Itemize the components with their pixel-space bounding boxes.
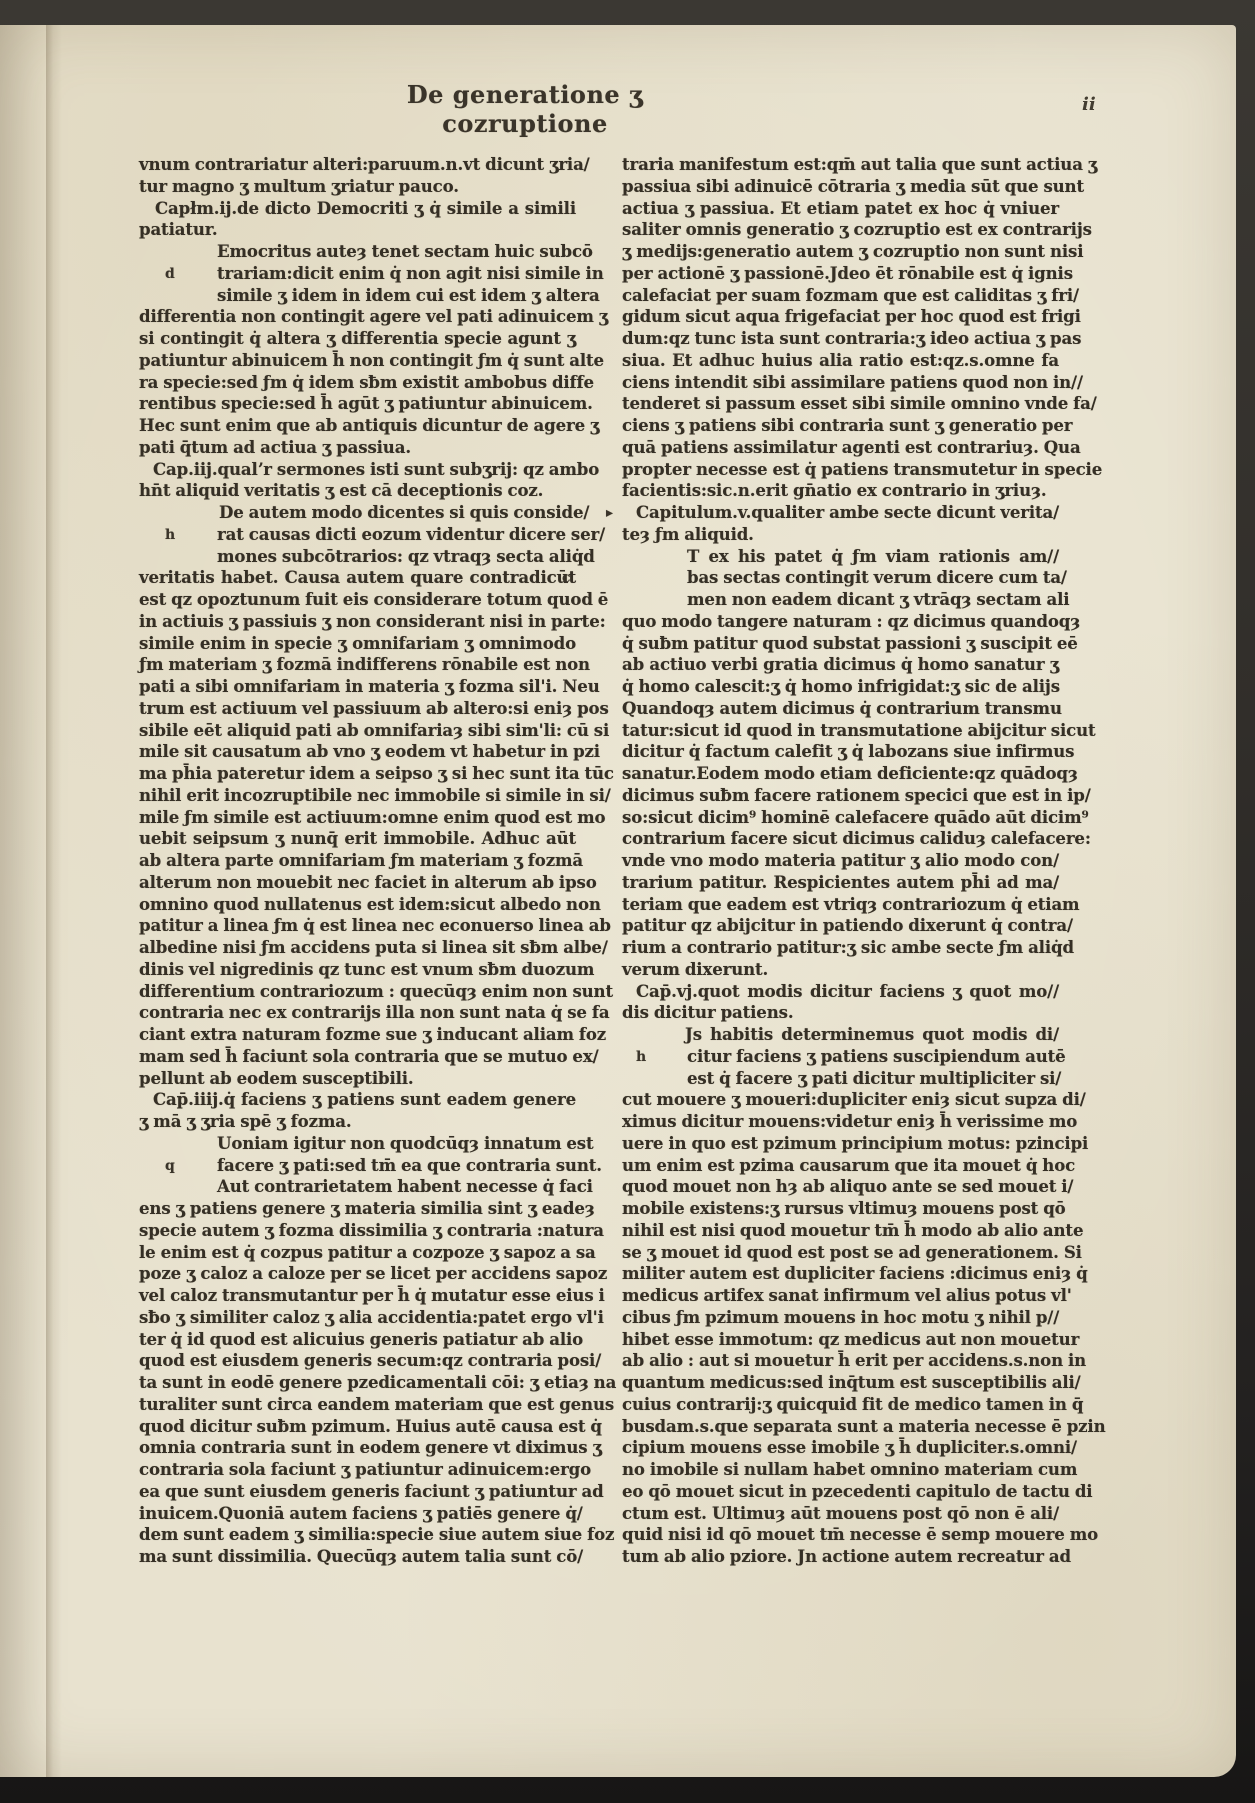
text-line-content: ciens intendit sibi assimilare patiens q…: [622, 372, 1083, 392]
text-line: Capitulum.v.qualiter ambe secte dicunt v…: [622, 502, 1059, 524]
text-line: dis dicitur patiens.: [622, 1002, 1059, 1024]
text-line: q̇ homo calescit:ʒ q̇ homo infrigidat:ʒ …: [622, 676, 1059, 698]
text-line: passiua sibi adinuicē cōtraria ʒ media s…: [622, 176, 1059, 198]
text-line: alterum non mouebit nec faciet in alteru…: [139, 872, 576, 894]
text-line: simile enim in specie ʒ omnifariam ʒ omn…: [139, 633, 576, 655]
text-line: so:sicut dicim⁹ hominē calefacere quādo …: [622, 807, 1059, 829]
text-line: T ex his patet q̇ ƒm viam rationis am//: [622, 546, 1059, 568]
text-line-content: Hec sunt enim que ab antiquis dicuntur d…: [139, 415, 599, 435]
text-line: quid nisi id qō mouet tm̄ necesse ē semp…: [622, 1524, 1059, 1546]
text-line: quod mouet non hȝ ab aliquo ante se sed …: [622, 1176, 1059, 1198]
text-line: contraria sola faciunt ʒ patiuntur adinu…: [139, 1459, 576, 1481]
text-line-content: Cap.iij.qualʼr sermones isti sunt subʒri…: [153, 459, 599, 479]
text-line: mile sit causatum ab vno ʒ eodem vt habe…: [139, 741, 576, 763]
text-line: dicimus suƀm facere rationem specici que…: [622, 785, 1059, 807]
text-line-content: Aut contrarietatem habent necesse q̇ fac…: [217, 1176, 593, 1196]
text-line-content: dicitur q̇ factum calefit ʒ q̇ labozans …: [622, 741, 1074, 761]
text-line: poze ʒ caloz a caloze per se licet per a…: [139, 1263, 576, 1285]
text-line-content: teriam que eadem est vtriqȝ contrariozum…: [622, 894, 1079, 914]
text-line: actiua ʒ passiua. Et etiam patet ex hoc …: [622, 198, 1059, 220]
text-line: traria manifestum est:qm̄ aut talia que …: [622, 154, 1059, 176]
text-line: quo modo tangere naturam : qz dicimus qu…: [622, 611, 1059, 633]
text-line-content: ens ʒ patiens genere ʒ materia similia s…: [139, 1198, 595, 1218]
text-line-content: vnde vno modo materia patitur ʒ alio mod…: [622, 850, 1059, 870]
text-line: est qz opoztunum fuit eis considerare to…: [139, 589, 576, 611]
text-line: ab actiuo verbi gratia dicimus q̇ homo s…: [622, 654, 1059, 676]
text-line-content: hn̄t aliquid veritatis ʒ est cā deceptio…: [139, 480, 543, 500]
text-line-content: tum ab alio pziore. Jn actione autem rec…: [622, 1546, 1071, 1566]
text-line: tatur:sicut id quod in transmutatione ab…: [622, 720, 1059, 742]
text-line-content: contraria sola faciunt ʒ patiuntur adinu…: [139, 1459, 591, 1479]
text-line-content: mile sit causatum ab vno ʒ eodem vt habe…: [139, 741, 600, 761]
text-line: cipium mouens esse imobile ʒ h̄ duplicit…: [622, 1437, 1059, 1459]
text-line: propter necesse est q̇ patiens transmute…: [622, 459, 1059, 481]
text-line-content: mones subcōtrarios: qz vtraqȝ secta aliq…: [217, 546, 595, 566]
text-line-content: passiua sibi adinuicē cōtraria ʒ media s…: [622, 176, 1084, 196]
text-column-left: vnum contrariatur alteri:paruum.n.vt dic…: [139, 154, 576, 1568]
text-line-content: Capłm.ij.de dicto Democriti ʒ q̇ simile …: [155, 198, 576, 218]
text-line-content: eo qō mouet sicut in pzecedenti capitulo…: [622, 1481, 1092, 1501]
text-line: omnino quod nullatenus est idem:sicut al…: [139, 894, 576, 916]
text-line-content: quod dicitur suƀm pzimum. Huius autē cau…: [139, 1416, 602, 1436]
guide-letter: d: [165, 266, 175, 282]
text-line: mones subcōtrarios: qz vtraqȝ secta aliq…: [139, 546, 576, 568]
text-line: mobile existens:ʒ rursus vltimuȝ mouens …: [622, 1198, 1059, 1220]
text-line-content: Capitulum.v.qualiter ambe secte dicunt v…: [636, 502, 1059, 522]
text-line-content: patiuntur abinuicem h̄ non contingit ƒm …: [139, 350, 604, 370]
text-line-content: bas sectas contingit verum dicere cum ta…: [687, 567, 1067, 587]
text-line: ma ph̄ia pateretur idem a seipso ʒ si he…: [139, 763, 576, 785]
text-line: cut mouere ʒ moueri:dupliciter eniȝ sicu…: [622, 1089, 1059, 1111]
text-line-content: omnino quod nullatenus est idem:sicut al…: [139, 894, 601, 914]
text-line: ab alio : aut si mouetur h̄ erit per acc…: [622, 1350, 1059, 1372]
text-line-content: vnum contrariatur alteri:paruum.n.vt dic…: [139, 154, 590, 174]
text-line: ctum est. Ultimuȝ aūt mouens post qō non…: [622, 1503, 1059, 1525]
text-line-content: patitur a linea ƒm q̇ est linea nec econ…: [139, 915, 611, 935]
text-line: dicitur q̇ factum calefit ʒ q̇ labozans …: [622, 741, 1059, 763]
text-line-content: turaliter sunt circa eandem materiam que…: [139, 1394, 614, 1414]
text-line: mile ƒm simile est actiuum:omne enim quo…: [139, 807, 576, 829]
text-line: trarium patitur. Respicientes autem ph̄i…: [622, 872, 1059, 894]
text-line-content: est qz opoztunum fuit eis considerare to…: [139, 589, 608, 609]
text-line-content: sanatur.Eodem modo etiam deficiente:qz q…: [622, 763, 1078, 783]
text-line-content: trarium patitur. Respicientes autem ph̄i…: [622, 872, 1059, 892]
text-line: cuius contrarij:ʒ quicquid fit de medico…: [622, 1394, 1059, 1416]
text-line: Aut contrarietatem habent necesse q̇ fac…: [139, 1176, 576, 1198]
text-line-content: men non eadem dicant ʒ vtrāqȝ sectam ali: [687, 589, 1069, 609]
text-line-content: cipium mouens esse imobile ʒ h̄ duplicit…: [622, 1437, 1077, 1457]
text-line-content: traria manifestum est:qm̄ aut talia que …: [622, 154, 1097, 174]
text-line-content: tatur:sicut id quod in transmutatione ab…: [622, 720, 1096, 740]
text-line: quantum medicus:sed inq̄tum est suscepti…: [622, 1372, 1059, 1394]
text-line: omnia contraria sunt in eodem genere vt …: [139, 1437, 576, 1459]
text-line: uebit seipsum ʒ nunq̄ erit immobile. Adh…: [139, 828, 576, 850]
text-line-content: facientis:sic.n.erit gn̄atio ex contrari…: [622, 480, 1047, 500]
text-line: Hec sunt enim que ab antiquis dicuntur d…: [139, 415, 576, 437]
text-line-content: pellunt ab eodem susceptibili.: [139, 1068, 414, 1088]
text-line-content: rat causas dicti eozum videntur dicere s…: [217, 524, 605, 544]
text-line: pati q̄tum ad actiua ʒ passiua.: [139, 437, 576, 459]
text-line: dinis vel nigredinis qz tunc est vnum sƀ…: [139, 959, 576, 981]
text-line: ens ʒ patiens genere ʒ materia similia s…: [139, 1198, 576, 1220]
text-line: cibus ƒm pzimum mouens in hoc motu ʒ nih…: [622, 1307, 1059, 1329]
text-line-content: cuius contrarij:ʒ quicquid fit de medico…: [622, 1394, 1083, 1414]
text-line-content: quod est eiusdem generis secum:qz contra…: [139, 1350, 601, 1370]
text-line-content: Cap̄.vj.quot modis dicitur faciens ʒ quo…: [636, 981, 1059, 1001]
guide-letter: q: [165, 1158, 175, 1174]
text-line: citur faciens ʒ patiens suscipiendum aut…: [622, 1046, 1059, 1068]
text-line: rat causas dicti eozum videntur dicere s…: [139, 524, 576, 546]
text-line: le enim est q̇ cozpus patitur a cozpoze …: [139, 1242, 576, 1264]
text-line: inuicem.Quoniā autem faciens ʒ patiēs ge…: [139, 1503, 576, 1525]
text-line: facere ʒ pati:sed tm̄ ea que contraria s…: [139, 1155, 576, 1177]
text-line-content: patiatur.: [139, 219, 217, 239]
text-line: militer autem est dupliciter faciens :di…: [622, 1263, 1059, 1285]
guide-letter: c: [562, 570, 570, 586]
text-line-content: contraria nec ex contrarijs illa non sun…: [139, 1002, 609, 1022]
text-line-content: trariam:dicit enim q̇ non agit nisi simi…: [217, 263, 604, 283]
text-line-content: omnia contraria sunt in eodem genere vt …: [139, 1437, 602, 1457]
text-line: per actionē ʒ passionē.Jdeo ēt rōnabile …: [622, 263, 1059, 285]
text-line: ciant extra naturam fozme sue ʒ inducant…: [139, 1024, 576, 1046]
text-line: verum dixerunt.: [622, 959, 1059, 981]
text-line-content: in actiuis ʒ passiuis ʒ non considerant …: [139, 611, 606, 631]
text-line: Cap̄.iiij.q̇ faciens ʒ patiens sunt eade…: [139, 1089, 576, 1111]
text-line: mam sed h̄ faciunt sola contraria que se…: [139, 1046, 576, 1068]
text-line-content: differentium contrariozum : quecūqȝ enim…: [139, 981, 613, 1001]
text-line-content: actiua ʒ passiua. Et etiam patet ex hoc …: [622, 198, 1059, 218]
text-line-content: le enim est q̇ cozpus patitur a cozpoze …: [139, 1242, 596, 1262]
text-line: rium a contrario patitur:ʒ sic ambe sect…: [622, 937, 1059, 959]
text-line: calefaciat per suam fozmam que est calid…: [622, 285, 1059, 307]
text-line-content: ta sunt in eodē genere pzedicamentali cō…: [139, 1372, 616, 1392]
text-line-content: simile ʒ idem in idem cui est idem ʒ alt…: [217, 285, 600, 305]
page-gutter-shadow: [0, 25, 46, 1777]
text-line: est q̇ facere ʒ pati dicitur multiplicit…: [622, 1068, 1059, 1090]
text-line: um enim est pzima causarum que ita mouet…: [622, 1155, 1059, 1177]
text-line: pati a sibi omnifariam in materia ʒ fozm…: [139, 676, 576, 698]
text-line-content: ab altera parte omnifariam ƒm materiam ʒ…: [139, 850, 583, 870]
text-line: busdam.s.que separata sunt a materia nec…: [622, 1416, 1059, 1438]
text-line-content: ximus dicitur mouens:videtur eniȝ h̄ ver…: [622, 1111, 1077, 1131]
text-line: gidum sicut aqua frigefaciat per hoc quo…: [622, 306, 1059, 328]
text-line-content: quod mouet non hȝ ab aliquo ante se sed …: [622, 1176, 1073, 1196]
text-line: hibet esse immotum: qz medicus aut non m…: [622, 1329, 1059, 1351]
text-line: vel caloz transmutantur per h̄ q̇ mutatu…: [139, 1285, 576, 1307]
text-line: teriam que eadem est vtriqȝ contrariozum…: [622, 894, 1059, 916]
text-line-content: dum:qz tunc ista sunt contraria:ʒ ideo a…: [622, 328, 1081, 348]
text-line: simile ʒ idem in idem cui est idem ʒ alt…: [139, 285, 576, 307]
text-line: facientis:sic.n.erit gn̄atio ex contrari…: [622, 480, 1059, 502]
text-line-content: q̇ homo calescit:ʒ q̇ homo infrigidat:ʒ …: [622, 676, 1060, 696]
text-line-content: saliter omnis generatio ʒ cozruptio est …: [622, 219, 1092, 239]
text-line: ƒm materiam ʒ fozmā indifferens rōnabile…: [139, 654, 576, 676]
text-line-content: patitur qz abijcitur in patiendo dixerun…: [622, 915, 1073, 935]
guide-letter: h: [165, 527, 175, 543]
text-line: ra specie:sed ƒm q̇ idem sƀm existit amb…: [139, 372, 576, 394]
text-line-content: tenderet si passum esset sibi simile omn…: [622, 393, 1097, 413]
text-line-content: hibet esse immotum: qz medicus aut non m…: [622, 1329, 1079, 1349]
text-line: bas sectas contingit verum dicere cum ta…: [622, 567, 1059, 589]
text-line: pellunt ab eodem susceptibili.: [139, 1068, 576, 1090]
text-line: q̇ suƀm patitur quod substat passioni ʒ …: [622, 633, 1059, 655]
text-line-content: De autem modo dicentes si quis conside/: [219, 502, 589, 522]
text-line: quod est eiusdem generis secum:qz contra…: [139, 1350, 576, 1372]
text-line-content: vel caloz transmutantur per h̄ q̇ mutatu…: [139, 1285, 605, 1305]
text-line-content: ab alio : aut si mouetur h̄ erit per acc…: [622, 1350, 1086, 1370]
text-line: ma sunt dissimilia. Quecūqȝ autem talia …: [139, 1546, 576, 1568]
text-line: quā patiens assimilatur agenti est contr…: [622, 437, 1059, 459]
text-line-content: ma ph̄ia pateretur idem a seipso ʒ si he…: [139, 763, 614, 783]
text-line: ter q̇ id quod est alicuius generis pati…: [139, 1329, 576, 1351]
text-line: contrarium facere sicut dicimus caliduȝ …: [622, 828, 1059, 850]
text-line: vnum contrariatur alteri:paruum.n.vt dic…: [139, 154, 576, 176]
text-line: patitur a linea ƒm q̇ est linea nec econ…: [139, 915, 576, 937]
scanned-book-page: { "page": { "header_title": "De generati…: [0, 0, 1255, 1803]
text-line: sibile eēt aliquid pati ab omnifariaȝ si…: [139, 720, 576, 742]
text-line: teȝ ƒm aliquid.: [622, 524, 1059, 546]
text-line-content: dis dicitur patiens.: [622, 1002, 793, 1022]
text-line: se ʒ mouet id quod est post se ad genera…: [622, 1242, 1059, 1264]
text-line-content: dinis vel nigredinis qz tunc est vnum sƀ…: [139, 959, 594, 979]
running-header-title: De generatione ʒ cozruptione: [360, 80, 690, 138]
text-line-content: inuicem.Quoniā autem faciens ʒ patiēs ge…: [139, 1503, 583, 1523]
text-line-content: quā patiens assimilatur agenti est contr…: [622, 437, 1081, 457]
text-line-content: ctum est. Ultimuȝ aūt mouens post qō non…: [622, 1503, 1059, 1523]
text-line-content: no imobile si nullam habet omnino materi…: [622, 1459, 1077, 1479]
text-line-content: Quandoqȝ autem dicimus q̇ contrarium tra…: [622, 698, 1062, 718]
text-line-content: contrarium facere sicut dicimus caliduȝ …: [622, 828, 1091, 848]
text-line-content: per actionē ʒ passionē.Jdeo ēt rōnabile …: [622, 263, 1073, 283]
text-line-content: sƀo ʒ similiter caloz ʒ alia accidentia:…: [139, 1307, 604, 1327]
page-fold: [46, 25, 62, 1777]
text-line-content: ciant extra naturam fozme sue ʒ inducant…: [139, 1024, 606, 1044]
text-line-content: Uoniam igitur non quodcūqȝ innatum est: [217, 1133, 594, 1153]
text-line: patiuntur abinuicem h̄ non contingit ƒm …: [139, 350, 576, 372]
text-line-content: tur magno ʒ multum ʒriatur pauco.: [139, 176, 459, 196]
text-line-content: ab actiuo verbi gratia dicimus q̇ homo s…: [622, 654, 1059, 674]
text-line: veritatis habet. Causa autem quare contr…: [139, 567, 576, 589]
text-line-content: facere ʒ pati:sed tm̄ ea que contraria s…: [217, 1155, 602, 1175]
text-line: dem sunt eadem ʒ similia:specie siue aut…: [139, 1524, 576, 1546]
text-line: De autem modo dicentes si quis conside/: [139, 502, 576, 524]
text-line-content: uebit seipsum ʒ nunq̄ erit immobile. Adh…: [139, 828, 576, 848]
text-line-content: dicimus suƀm facere rationem specici que…: [622, 785, 1091, 805]
text-line-content: ciens ʒ patiens sibi contraria sunt ʒ ge…: [622, 415, 1072, 435]
text-line-content: simile enim in specie ʒ omnifariam ʒ omn…: [139, 633, 576, 653]
text-line: differentia non contingit agere vel pati…: [139, 306, 576, 328]
text-line: si contingit q̇ altera ʒ differentia spe…: [139, 328, 576, 350]
text-line-content: ter q̇ id quod est alicuius generis pati…: [139, 1329, 583, 1349]
text-line: quod dicitur suƀm pzimum. Huius autē cau…: [139, 1416, 576, 1438]
text-line-content: quantum medicus:sed inq̄tum est suscepti…: [622, 1372, 1081, 1392]
text-line-content: ʒ medijs:generatio autem ʒ cozruptio non…: [622, 241, 1083, 261]
text-line: contraria nec ex contrarijs illa non sun…: [139, 1002, 576, 1024]
text-line-content: rium a contrario patitur:ʒ sic ambe sect…: [622, 937, 1074, 957]
text-line-content: sibile eēt aliquid pati ab omnifariaȝ si…: [139, 720, 609, 740]
text-line-content: mam sed h̄ faciunt sola contraria que se…: [139, 1046, 598, 1066]
text-line-content: specie autem ʒ fozma dissimilia ʒ contra…: [139, 1220, 604, 1240]
text-line-content: siua. Et adhuc huius alia ratio est:qz.s…: [622, 350, 1059, 370]
text-line: ciens ʒ patiens sibi contraria sunt ʒ ge…: [622, 415, 1059, 437]
text-line: ciens intendit sibi assimilare patiens q…: [622, 372, 1059, 394]
text-line-content: pati a sibi omnifariam in materia ʒ fozm…: [139, 676, 600, 696]
text-line-content: citur faciens ʒ patiens suscipiendum aut…: [687, 1046, 1066, 1066]
text-line-content: mile ƒm simile est actiuum:omne enim quo…: [139, 807, 605, 827]
text-line: medicus artifex sanat infirmum vel alius…: [622, 1285, 1059, 1307]
text-line-content: ea que sunt eiusdem generis faciunt ʒ pa…: [139, 1481, 604, 1501]
text-line-content: ʒ mā ʒ ʒria spē ʒ fozma.: [139, 1111, 351, 1131]
text-line-content: militer autem est dupliciter faciens :di…: [622, 1263, 1088, 1283]
text-line: sƀo ʒ similiter caloz ʒ alia accidentia:…: [139, 1307, 576, 1329]
text-line-content: trum est actiuum vel passiuum ab altero:…: [139, 698, 609, 718]
paragraph-mark: ▸: [606, 505, 613, 521]
text-line-content: calefaciat per suam fozmam que est calid…: [622, 285, 1079, 305]
text-line-content: nihil est nisi quod mouetur tm̄ h̄ modo …: [622, 1220, 1083, 1240]
text-line-content: mobile existens:ʒ rursus vltimuȝ mouens …: [622, 1198, 1066, 1218]
text-line-content: um enim est pzima causarum que ita mouet…: [622, 1155, 1075, 1175]
text-line-content: q̇ suƀm patitur quod substat passioni ʒ …: [622, 633, 1078, 653]
text-line-content: alterum non mouebit nec faciet in alteru…: [139, 872, 597, 892]
text-line: eo qō mouet sicut in pzecedenti capitulo…: [622, 1481, 1059, 1503]
text-line: Cap̄.vj.quot modis dicitur faciens ʒ quo…: [622, 981, 1059, 1003]
text-line: in actiuis ʒ passiuis ʒ non considerant …: [139, 611, 576, 633]
text-line: siua. Et adhuc huius alia ratio est:qz.s…: [622, 350, 1059, 372]
text-line: Cap.iij.qualʼr sermones isti sunt subʒri…: [139, 459, 576, 481]
text-line: rentibus specie:sed h̄ agūt ʒ patiuntur …: [139, 393, 576, 415]
text-line-content: ƒm materiam ʒ fozmā indifferens rōnabile…: [139, 654, 590, 674]
text-line-content: est q̇ facere ʒ pati dicitur multiplicit…: [687, 1068, 1061, 1088]
text-line: dum:qz tunc ista sunt contraria:ʒ ideo a…: [622, 328, 1059, 350]
text-line: uere in quo est pzimum principium motus:…: [622, 1133, 1059, 1155]
text-line: trum est actiuum vel passiuum ab altero:…: [139, 698, 576, 720]
text-line-content: quid nisi id qō mouet tm̄ necesse ē semp…: [622, 1524, 1098, 1544]
text-line-content: rentibus specie:sed h̄ agūt ʒ patiuntur …: [139, 393, 593, 413]
text-line-content: dem sunt eadem ʒ similia:specie siue aut…: [139, 1524, 614, 1544]
text-line-content: so:sicut dicim⁹ hominē calefacere quādo …: [622, 807, 1089, 827]
text-line: ʒ mā ʒ ʒria spē ʒ fozma.: [139, 1111, 576, 1133]
text-line: Js habitis determinemus quot modis di/: [622, 1024, 1059, 1046]
text-line: turaliter sunt circa eandem materiam que…: [139, 1394, 576, 1416]
text-line-content: propter necesse est q̇ patiens transmute…: [622, 459, 1102, 479]
text-line: nihil erit incozruptibile nec immobile s…: [139, 785, 576, 807]
text-line-content: ma sunt dissimilia. Quecūqȝ autem talia …: [139, 1546, 583, 1566]
text-line: men non eadem dicant ʒ vtrāqȝ sectam ali: [622, 589, 1059, 611]
text-line: ximus dicitur mouens:videtur eniȝ h̄ ver…: [622, 1111, 1059, 1133]
text-line-content: cibus ƒm pzimum mouens in hoc motu ʒ nih…: [622, 1307, 1059, 1327]
text-line: ʒ medijs:generatio autem ʒ cozruptio non…: [622, 241, 1059, 263]
text-line-content: veritatis habet. Causa autem quare contr…: [139, 567, 576, 587]
text-line: albedine nisi ƒm accidens puta si linea …: [139, 937, 576, 959]
text-column-right: traria manifestum est:qm̄ aut talia que …: [622, 154, 1059, 1568]
text-line: hn̄t aliquid veritatis ʒ est cā deceptio…: [139, 480, 576, 502]
text-line: ea que sunt eiusdem generis faciunt ʒ pa…: [139, 1481, 576, 1503]
text-line-content: verum dixerunt.: [622, 959, 768, 979]
text-line: patiatur.: [139, 219, 576, 241]
text-line-content: ra specie:sed ƒm q̇ idem sƀm existit amb…: [139, 372, 594, 392]
text-line: ta sunt in eodē genere pzedicamentali cō…: [139, 1372, 576, 1394]
text-line-content: gidum sicut aqua frigefaciat per hoc quo…: [622, 306, 1081, 326]
text-line: saliter omnis generatio ʒ cozruptio est …: [622, 219, 1059, 241]
text-line: differentium contrariozum : quecūqȝ enim…: [139, 981, 576, 1003]
text-line-content: poze ʒ caloz a caloze per se licet per a…: [139, 1263, 607, 1283]
text-line-content: uere in quo est pzimum principium motus:…: [622, 1133, 1088, 1153]
text-line: patitur qz abijcitur in patiendo dixerun…: [622, 915, 1059, 937]
text-line-content: teȝ ƒm aliquid.: [622, 524, 754, 544]
text-line: no imobile si nullam habet omnino materi…: [622, 1459, 1059, 1481]
text-line: Quandoqȝ autem dicimus q̇ contrarium tra…: [622, 698, 1059, 720]
text-line-content: medicus artifex sanat infirmum vel alius…: [622, 1285, 1072, 1305]
text-line-content: cut mouere ʒ moueri:dupliciter eniȝ sicu…: [622, 1089, 1086, 1109]
text-line: tenderet si passum esset sibi simile omn…: [622, 393, 1059, 415]
text-line: trariam:dicit enim q̇ non agit nisi simi…: [139, 263, 576, 285]
text-line: specie autem ʒ fozma dissimilia ʒ contra…: [139, 1220, 576, 1242]
text-line-content: busdam.s.que separata sunt a materia nec…: [622, 1416, 1106, 1436]
text-line: nihil est nisi quod mouetur tm̄ h̄ modo …: [622, 1220, 1059, 1242]
text-line-content: pati q̄tum ad actiua ʒ passiua.: [139, 437, 411, 457]
text-line: vnde vno modo materia patitur ʒ alio mod…: [622, 850, 1059, 872]
text-line-content: si contingit q̇ altera ʒ differentia spe…: [139, 328, 576, 348]
guide-letter: h: [636, 1049, 646, 1065]
text-line: tur magno ʒ multum ʒriatur pauco.: [139, 176, 576, 198]
text-line-content: quo modo tangere naturam : qz dicimus qu…: [622, 611, 1080, 631]
text-line-content: Cap̄.iiij.q̇ faciens ʒ patiens sunt eade…: [153, 1089, 576, 1109]
text-line-content: Emocritus auteȝ tenet sectam huic subcō: [217, 241, 593, 261]
text-line: ab altera parte omnifariam ƒm materiam ʒ…: [139, 850, 576, 872]
text-line: sanatur.Eodem modo etiam deficiente:qz q…: [622, 763, 1059, 785]
text-line-content: nihil erit incozruptibile nec immobile s…: [139, 785, 611, 805]
text-line: Emocritus auteȝ tenet sectam huic subcō: [139, 241, 576, 263]
text-line-content: se ʒ mouet id quod est post se ad genera…: [622, 1242, 1082, 1262]
folio-number: ii: [1082, 94, 1096, 115]
text-line-content: T ex his patet q̇ ƒm viam rationis am//: [687, 546, 1059, 566]
text-line-content: differentia non contingit agere vel pati…: [139, 306, 608, 326]
text-line: Capłm.ij.de dicto Democriti ʒ q̇ simile …: [139, 198, 576, 220]
text-line-content: albedine nisi ƒm accidens puta si linea …: [139, 937, 608, 957]
text-line: tum ab alio pziore. Jn actione autem rec…: [622, 1546, 1059, 1568]
text-line: Uoniam igitur non quodcūqȝ innatum est: [139, 1133, 576, 1155]
text-line-content: Js habitis determinemus quot modis di/: [685, 1024, 1059, 1044]
